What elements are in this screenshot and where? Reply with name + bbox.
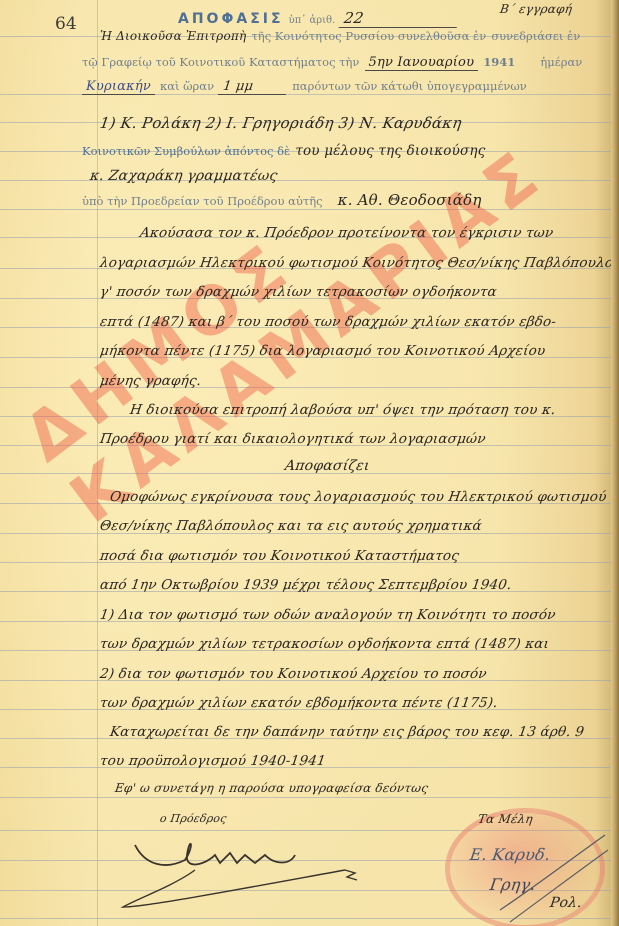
body-line: Ακούσασα τον κ. Πρόεδρον προτείνοντα τον… — [139, 225, 555, 241]
margin-line — [97, 0, 98, 926]
cross-stroke-icon — [490, 830, 610, 926]
ruled-line — [0, 209, 612, 210]
absent-member: κ. Ζαχαράκη γραμματέως — [89, 168, 279, 184]
printed-text: τῷ Γραφείῳ τοῦ Κοινοτικοῦ Καταστήματος τ… — [82, 55, 359, 69]
president-label: ο Πρόεδρος — [159, 812, 227, 825]
meeting-day: Κυριακήν — [82, 79, 155, 95]
page-binding — [611, 0, 619, 926]
body-line: του προϋπολογισμού 1940-1941 — [99, 753, 327, 769]
closing-line: Εφ' ω συνετάγη η παρούσα υπογραφείσα δεό… — [114, 781, 429, 795]
printed-text: συνεδριάσει ἐν — [491, 29, 580, 43]
printed-text: καὶ ὥραν — [160, 79, 214, 93]
meeting-time: 1 μμ — [218, 79, 288, 95]
body-line: Καταχωρείται δε την δαπάνην ταύτην εις β… — [109, 724, 585, 740]
body-line: επτά (1487) και β΄ του ποσού των δραχμών… — [99, 314, 557, 330]
ruled-line — [0, 797, 612, 798]
top-right-note: Β΄ εγγραφή — [499, 2, 573, 16]
body-line: από 1ην Οκτωβρίου 1939 μέχρι τέλους Σεπτ… — [99, 577, 513, 593]
presidency-line: ὑπὸ τὴν Προεδρείαν τοῦ Προέδρου αὐτῆς κ.… — [82, 190, 482, 209]
form-line-1: Ἡ Διοικοῦσα Ἐπιτροπὴ τῆς Κοινότητος Ρυσσ… — [100, 25, 580, 44]
printed-text: τῆς Κοινότητος Ρυσσίου συνελθοῦσα ἐν — [251, 29, 486, 43]
body-line: των δραχμών χιλίων τετρακοσίων ογδοήκοντ… — [99, 636, 550, 652]
form-line-3: Κυριακήν καὶ ὥραν 1 μμ παρόντων τῶν κάτω… — [82, 75, 527, 95]
body-line: μήκοντα πέντε (1175) δια λογαριασμό του … — [99, 343, 547, 359]
members-label: Τα Μέλη — [477, 812, 534, 826]
document-page: ΔΗΜΟΣ ΚΑΛΑΜΑΡΙΑΣ 64 ΑΠΟΦΑΣΙΣ ὑπ᾽ ἀριθ. 2… — [0, 0, 619, 926]
president-name: κ. Αθ. Θεοδοσιάδη — [338, 191, 482, 209]
body-line: 2) δια τον φωτισμόν του Κοινοτικού Αρχεί… — [99, 666, 488, 682]
body-line: Θεσ/νίκης Παβλόπουλος και τα εις αυτούς … — [99, 518, 483, 534]
printed-text: ὑπὸ τὴν Προεδρείαν τοῦ Προέδρου αὐτῆς — [82, 194, 323, 208]
ruled-line — [0, 387, 612, 388]
body-line: των δραχμών χιλίων εκατόν εβδομήκοντα πέ… — [99, 695, 499, 711]
decision-heading: Αποφασίζει — [284, 458, 371, 474]
handwritten-text: του μέλους της διοικούσης — [295, 143, 485, 159]
body-line: λογαριασμών Ηλεκτρικού φωτισμού Κοινότητ… — [99, 255, 619, 271]
form-line-2: τῷ Γραφείῳ τοῦ Κοινοτικοῦ Καταστήματος τ… — [82, 51, 582, 70]
meeting-year: 1941 — [483, 55, 515, 69]
president-signature-icon — [115, 825, 375, 915]
body-line: Η διοικούσα επιτροπή λαβούσα υπ' όψει τη… — [129, 402, 557, 418]
committee-name: Ἡ Διοικοῦσα Ἐπιτροπὴ — [100, 29, 246, 43]
body-line: Προέδρου γιατί και δικαιολογητικά των λο… — [99, 431, 487, 447]
members-present: 1) Κ. Ρολάκη 2) Ι. Γρηγοριάδη 3) Ν. Καρυ… — [99, 114, 463, 132]
absent-line: Κοινοτικῶν Συμβούλων ἀπόντος δὲ του μέλο… — [82, 140, 485, 159]
printed-text: ἡμέραν — [540, 55, 582, 69]
body-line: Ομοφώνως εγκρίνουσα τους λογαριασμούς το… — [109, 489, 608, 505]
meeting-date: 5ην Ιανουαρίου — [365, 55, 479, 71]
printed-text: Κοινοτικῶν Συμβούλων ἀπόντος δὲ — [82, 144, 290, 158]
body-line: 1) Δια τον φωτισμό των οδών αναλογούν τη… — [99, 607, 557, 623]
printed-text: παρόντων τῶν κάτωθι ὑπογεγραμμένων — [292, 79, 527, 93]
page-number: 64 — [55, 14, 77, 34]
body-line: ποσά δια φωτισμόν του Κοινοτικού Καταστή… — [99, 548, 460, 564]
body-line: μένης γραφής. — [99, 373, 203, 389]
body-line: γ' ποσόν των δραχμών χιλίων τετρακοσίων … — [99, 284, 498, 300]
